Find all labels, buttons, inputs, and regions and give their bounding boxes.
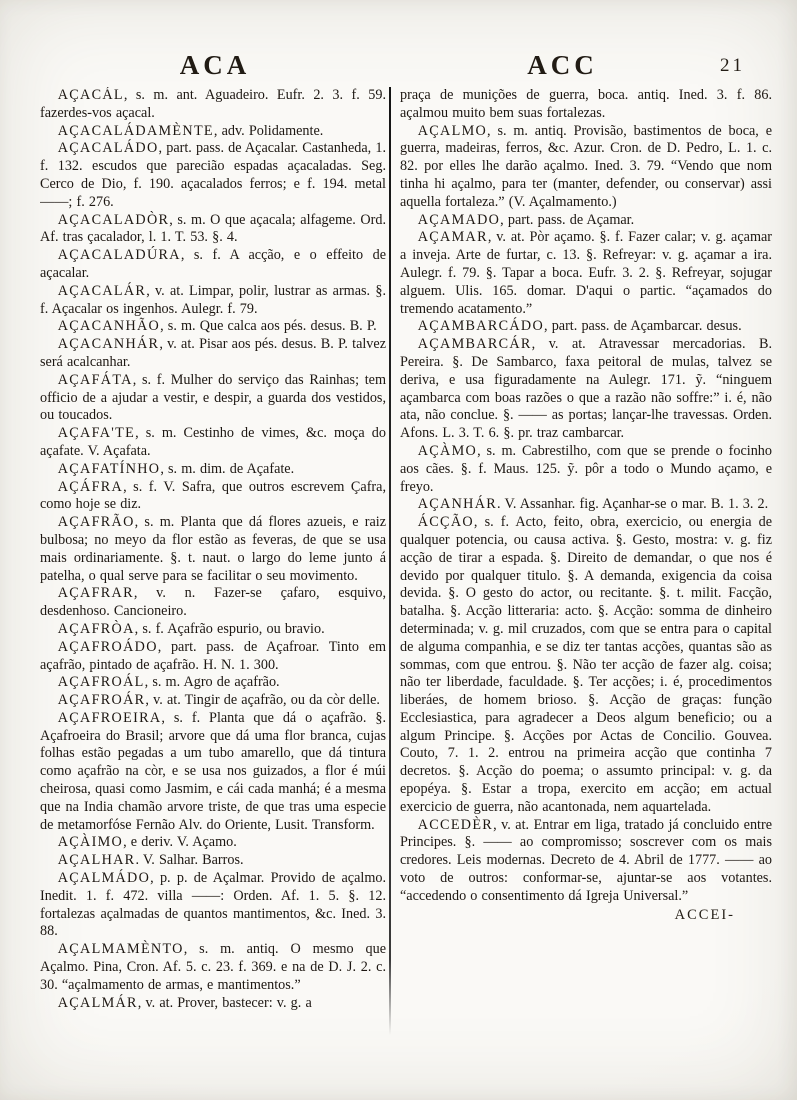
entry-headword: AÇAFÁTA <box>58 372 133 388</box>
entry-headword: ACCEDÈR <box>418 817 493 833</box>
dictionary-entry: AÇAMBARCÁDO, part. pass. de Açambarcar. … <box>400 318 772 336</box>
entry-headword: AÇAFA'TE <box>58 425 135 441</box>
entry-headword: ÁCÇÃO <box>418 514 474 530</box>
right-column: praça de munições de guerra, boca. antiq… <box>391 87 772 1045</box>
entry-headword: AÇACÁL <box>58 87 124 103</box>
dictionary-entry: AÇACANHÁR, v. at. Pisar aos pés. desus. … <box>40 336 386 372</box>
entry-headword: AÇACANHÁR <box>58 336 160 352</box>
entry-headword: AÇALHAR <box>58 852 136 868</box>
entry-headword: AÇAFRAR <box>58 585 134 601</box>
entry-headword: AÇÀIMO <box>58 834 123 850</box>
entry-headword: AÇACALÁDAMÈNTE <box>58 123 214 139</box>
dictionary-entry: AÇACALADÚRA, s. f. A acção, e o effeito … <box>40 247 386 283</box>
entry-headword: AÇAFROEIRA <box>58 710 162 726</box>
entry-headword: AÇAMAR <box>418 229 488 245</box>
entry-headword: AÇAMBARCÁDO <box>418 318 544 334</box>
dictionary-entry: AÇACALÁDO, part. pass. de Açacalar. Cast… <box>40 140 386 211</box>
dictionary-entry: praça de munições de guerra, boca. antiq… <box>400 87 772 123</box>
dictionary-entry: AÇAFA'TE, s. m. Cestinho de vimes, &c. m… <box>40 425 386 461</box>
dictionary-entry: AÇAFROÁL, s. m. Agro de açafrão. <box>40 674 386 692</box>
dictionary-entry: AÇAFRÃO, s. m. Planta que dá flores azue… <box>40 514 386 585</box>
dictionary-entry: AÇAFATÍNHO, s. m. dim. de Açafate. <box>40 461 386 479</box>
entry-headword: AÇAFATÍNHO <box>58 461 161 477</box>
dictionary-entry: AÇAFROEIRA, s. f. Planta que dá o açafrã… <box>40 710 386 835</box>
dictionary-entry: AÇAFÁTA, s. f. Mulher do serviço das Rai… <box>40 372 386 425</box>
dictionary-entry: AÇALMO, s. m. antiq. Provisão, bastiment… <box>400 123 772 212</box>
entry-headword: AÇACALÁR <box>58 283 146 299</box>
dictionary-entry: AÇACANHÃO, s. m. Que calca aos pés. desu… <box>40 318 386 336</box>
entry-headword: AÇALMÁDO <box>58 870 150 886</box>
entry-headword: AÇACANHÃO <box>58 318 160 334</box>
page-number: 21 <box>695 55 745 77</box>
dictionary-entry: AÇALMÁDO, p. p. de Açalmar. Provido de a… <box>40 870 386 941</box>
entry-headword: AÇACALADÒR <box>58 212 170 228</box>
dictionary-entry: AÇALMÁR, v. at. Prover, bastecer: v. g. … <box>40 995 386 1013</box>
entry-headword: AÇAFRÒA <box>58 621 135 637</box>
entry-headword: AÇACALÁDO <box>58 140 159 156</box>
entry-headword: AÇAFRÃO <box>58 514 135 530</box>
entry-headword: AÇÀMO <box>418 443 477 459</box>
dictionary-entry: AÇACÁL, s. m. ant. Aguadeiro. Eufr. 2. 3… <box>40 87 386 123</box>
right-column-entries: praça de munições de guerra, boca. antiq… <box>400 87 772 906</box>
dictionary-entry: AÇALHAR. V. Salhar. Barros. <box>40 852 386 870</box>
entry-headword: AÇAMBARCÁR <box>418 336 532 352</box>
dictionary-entry: AÇÀMO, s. m. Cabrestilho, com que se pre… <box>400 443 772 496</box>
running-head-left: ACA <box>40 50 390 81</box>
entry-headword: AÇALMÁR <box>58 995 138 1011</box>
entry-headword: AÇALMAMÈNTO <box>58 941 184 957</box>
entry-headword: AÇACALADÚRA <box>58 247 181 263</box>
dictionary-entry: AÇAFRAR, v. n. Fazer-se çafaro, esquivo,… <box>40 585 386 621</box>
scanned-dictionary-page: ACA ACC 21 AÇACÁL, s. m. ant. Aguadeiro.… <box>0 0 797 1100</box>
entry-headword: AÇAMADO <box>418 212 500 228</box>
dictionary-entry: AÇAMADO, part. pass. de Açamar. <box>400 212 772 230</box>
dictionary-entry: ACCEDÈR, v. at. Entrar em liga, tratado … <box>400 817 772 906</box>
entry-headword: AÇAFROÁR <box>58 692 146 708</box>
dictionary-entry: AÇAMAR, v. at. Pòr açamo. §. f. Fazer ca… <box>400 229 772 318</box>
dictionary-entry: AÇAFROÁDO, part. pass. de Açafroar. Tint… <box>40 639 386 675</box>
dictionary-entry: AÇACALÁDAMÈNTE, adv. Polidamente. <box>40 123 386 141</box>
left-column: AÇACÁL, s. m. ant. Aguadeiro. Eufr. 2. 3… <box>40 87 386 1045</box>
dictionary-entry: AÇÁFRA, s. f. V. Safra, que outros escre… <box>40 479 386 515</box>
dictionary-entry: AÇACALÁR, v. at. Limpar, polir, lustrar … <box>40 283 386 319</box>
entry-headword: AÇANHÁR <box>418 496 497 512</box>
dictionary-entry: AÇANHÁR. V. Assanhar. fig. Açanhar-se o … <box>400 496 772 514</box>
dictionary-entry: AÇAFRÒA, s. f. Açafrão espurio, ou bravi… <box>40 621 386 639</box>
dictionary-entry: ÁCÇÃO, s. f. Acto, feito, obra, exercici… <box>400 514 772 817</box>
dictionary-entry: AÇÀIMO, e deriv. V. Açamo. <box>40 834 386 852</box>
text-block: AÇACÁL, s. m. ant. Aguadeiro. Eufr. 2. 3… <box>40 87 772 1045</box>
running-head-right: ACC <box>400 50 725 81</box>
dictionary-entry: AÇALMAMÈNTO, s. m. antiq. O mesmo que Aç… <box>40 941 386 994</box>
entry-headword: AÇAFROÁL <box>58 674 145 690</box>
entry-headword: AÇÁFRA <box>58 479 123 495</box>
dictionary-entry: AÇACALADÒR, s. m. O que açacala; alfagem… <box>40 212 386 248</box>
entry-headword: AÇALMO <box>418 123 487 139</box>
dictionary-entry: AÇAFROÁR, v. at. Tingir de açafrão, ou d… <box>40 692 386 710</box>
dictionary-entry: AÇAMBARCÁR, v. at. Atravessar mercadoria… <box>400 336 772 443</box>
entry-headword: AÇAFROÁDO <box>58 639 158 655</box>
catchword: ACCEI- <box>400 907 772 925</box>
